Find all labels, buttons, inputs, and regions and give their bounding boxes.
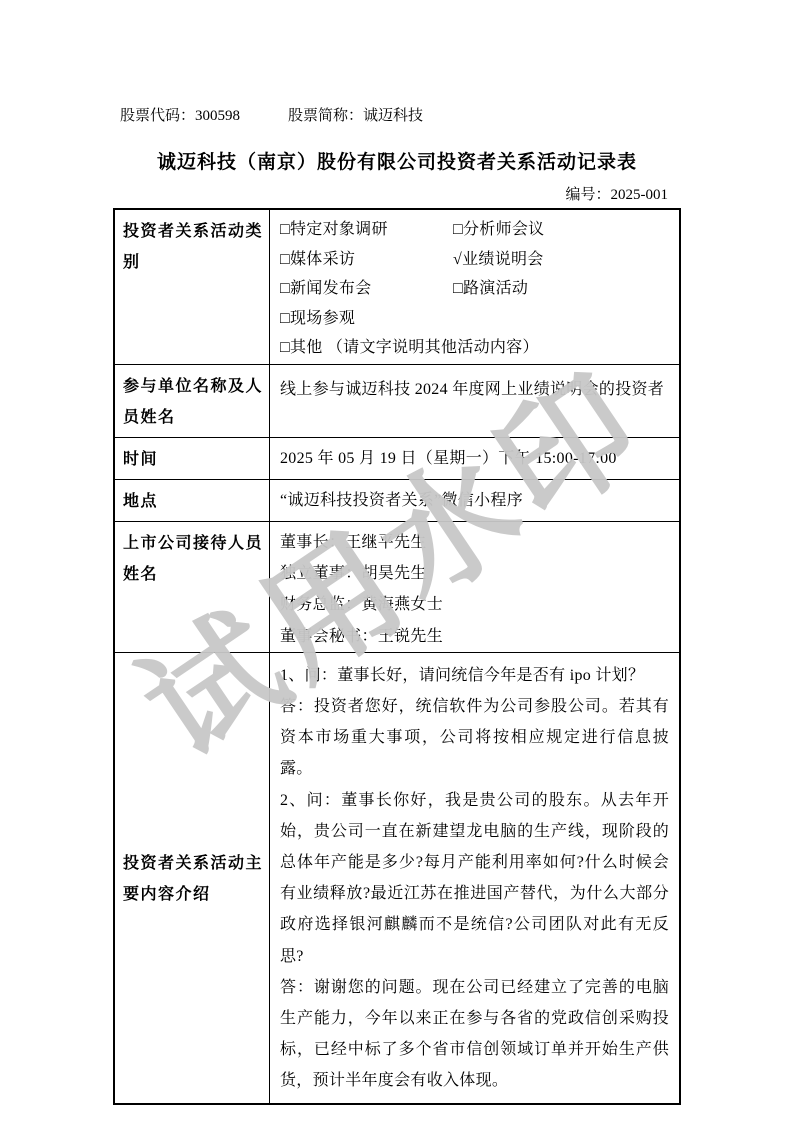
qa-paragraph: 1、问：董事长好，请问统信今年是否有 ipo 计划？ — [280, 660, 669, 691]
host-line-board-secretary: 董事会秘书：王锐先生 — [280, 621, 669, 652]
checkbox-line: □媒体采访 √业绩说明会 — [280, 245, 669, 275]
time-value: 2025 年 05 月 19 日（星期一）下午 15:00-17:00 — [270, 438, 679, 479]
row-label-activity-category: 投资者关系活动类别 — [115, 210, 270, 364]
option-label: 分析师会议 — [463, 221, 545, 238]
row-label-text: 地点 — [123, 486, 265, 517]
document-number: 编号：2025-001 — [566, 183, 669, 204]
activity-category-options: □特定对象调研 □分析师会议 □媒体采访 √业绩说明会 □新闻发布会 □路演活动… — [270, 210, 679, 364]
option-label: 其他 （请文字说明其他活动内容） — [290, 339, 539, 356]
document-page: 股票代码：300598 股票简称：诚迈科技 诚迈科技（南京）股份有限公司投资者关… — [0, 0, 794, 1123]
stock-info-line: 股票代码：300598 股票简称：诚迈科技 — [0, 104, 794, 126]
row-label-time: 时间 — [115, 438, 270, 479]
table-row-location: 地点 “诚迈科技投资者关系”微信小程序 — [115, 479, 679, 521]
table-row-main-content: 投资者关系活动主要内容介绍 1、问：董事长好，请问统信今年是否有 ipo 计划？… — [115, 652, 679, 1103]
host-line-chairman: 董事长：王继平先生 — [280, 527, 669, 558]
record-table: 投资者关系活动类别 □特定对象调研 □分析师会议 □媒体采访 √业绩说明会 □新… — [113, 208, 681, 1105]
qa-paragraph: 答：谢谢您的问题。现在公司已经建立了完善的电脑生产能力，今年以来正在参与各省的党… — [280, 972, 669, 1097]
option-special-object-research: □特定对象调研 — [280, 215, 453, 245]
option-label: 媒体采访 — [290, 251, 355, 268]
option-site-visit: □现场参观 — [280, 304, 453, 334]
option-earnings-briefing: √业绩说明会 — [453, 245, 544, 275]
checkbox-icon: □ — [280, 339, 290, 356]
row-label-location: 地点 — [115, 480, 270, 521]
location-value: “诚迈科技投资者关系”微信小程序 — [270, 480, 679, 521]
row-label-main-content: 投资者关系活动主要内容介绍 — [115, 653, 270, 1103]
checkbox-icon: □ — [280, 310, 290, 327]
stock-code: 股票代码：300598 — [120, 104, 240, 125]
table-row-time: 时间 2025 年 05 月 19 日（星期一）下午 15:00-17:00 — [115, 437, 679, 479]
table-row-activity-category: 投资者关系活动类别 □特定对象调研 □分析师会议 □媒体采访 √业绩说明会 □新… — [115, 210, 679, 364]
page-title: 诚迈科技（南京）股份有限公司投资者关系活动记录表 — [113, 147, 681, 174]
checkbox-icon: □ — [453, 221, 463, 238]
option-label: 业绩说明会 — [462, 251, 544, 268]
checkbox-line: □新闻发布会 □路演活动 — [280, 274, 669, 304]
table-row-participants: 参与单位名称及人员姓名 线上参与诚迈科技 2024 年度网上业绩说明会的投资者 — [115, 364, 679, 437]
checkbox-icon: □ — [280, 251, 290, 268]
hosts-value: 董事长：王继平先生 独立董事：胡昊先生 财务总监：黄海燕女士 董事会秘书：王锐先… — [270, 522, 679, 652]
qa-paragraph: 2、问：董事长你好，我是贵公司的股东。从去年开始，贵公司一直在新建望龙电脑的生产… — [280, 785, 669, 972]
checkbox-icon: □ — [280, 221, 290, 238]
checkbox-icon: □ — [280, 280, 290, 297]
row-label-participants: 参与单位名称及人员姓名 — [115, 365, 270, 437]
option-analyst-meeting: □分析师会议 — [453, 215, 544, 245]
location-text: “诚迈科技投资者关系”微信小程序 — [280, 490, 669, 512]
participants-value: 线上参与诚迈科技 2024 年度网上业绩说明会的投资者 — [270, 365, 679, 437]
check-icon: √ — [453, 251, 462, 268]
host-line-independent-director: 独立董事：胡昊先生 — [280, 558, 669, 589]
option-press-conference: □新闻发布会 — [280, 274, 453, 304]
option-label: 现场参观 — [290, 310, 355, 327]
checkbox-line: □特定对象调研 □分析师会议 — [280, 215, 669, 245]
time-text: 2025 年 05 月 19 日（星期一）下午 15:00-17:00 — [280, 448, 669, 470]
checkbox-icon: □ — [453, 280, 463, 297]
option-other: □其他 （请文字说明其他活动内容） — [280, 333, 539, 363]
option-label: 特定对象调研 — [290, 221, 388, 238]
stock-short-name: 股票简称：诚迈科技 — [288, 104, 423, 125]
checkbox-line: □其他 （请文字说明其他活动内容） — [280, 333, 669, 363]
checkbox-line: □现场参观 — [280, 304, 669, 334]
option-label: 路演活动 — [463, 280, 528, 297]
qa-paragraph: 答：投资者您好，统信软件为公司参股公司。若其有资本市场重大事项，公司将按相应规定… — [280, 691, 669, 785]
row-label-hosts: 上市公司接待人员姓名 — [115, 522, 270, 652]
option-media-interview: □媒体采访 — [280, 245, 453, 275]
option-label: 新闻发布会 — [290, 280, 372, 297]
row-label-text: 时间 — [123, 444, 265, 475]
option-roadshow: □路演活动 — [453, 274, 528, 304]
host-line-cfo: 财务总监：黄海燕女士 — [280, 589, 669, 620]
main-content-value: 1、问：董事长好，请问统信今年是否有 ipo 计划？ 答：投资者您好，统信软件为… — [270, 653, 679, 1103]
table-row-hosts: 上市公司接待人员姓名 董事长：王继平先生 独立董事：胡昊先生 财务总监：黄海燕女… — [115, 521, 679, 652]
